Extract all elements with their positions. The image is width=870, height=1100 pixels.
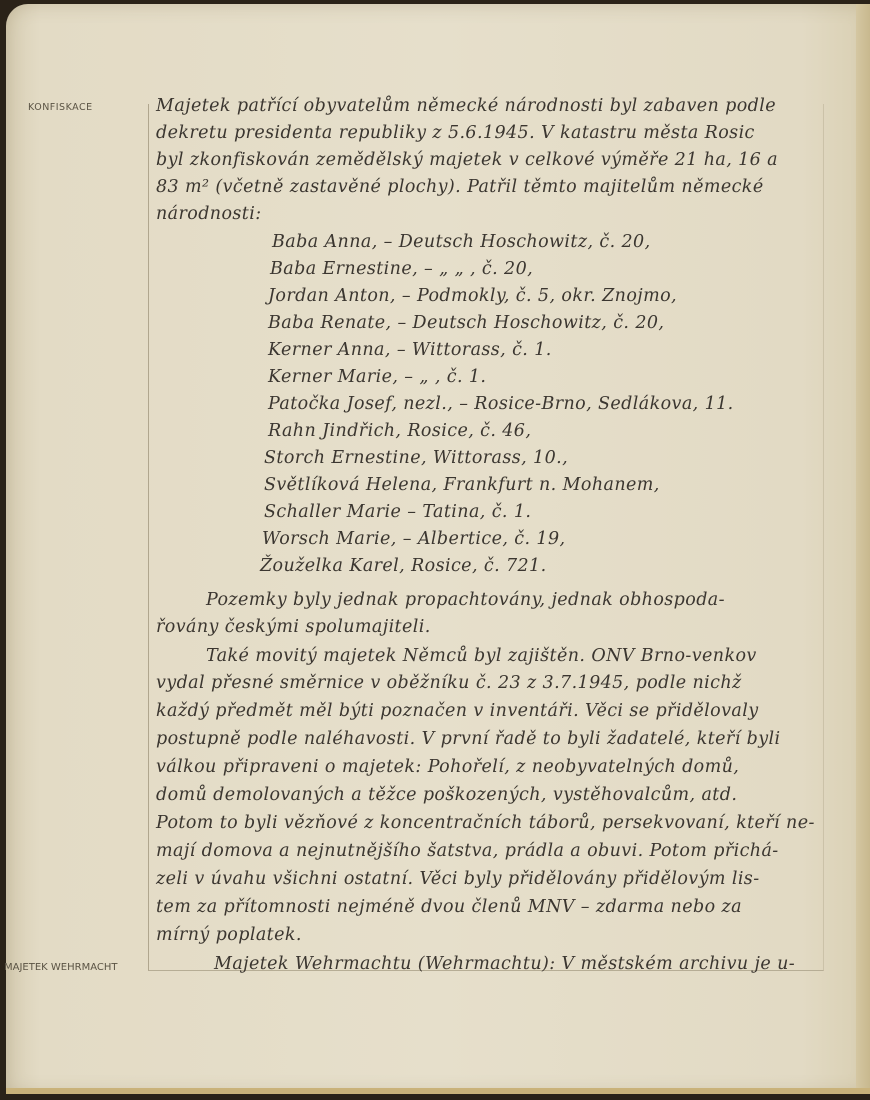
movable-line: mírný poplatek. [156, 925, 302, 945]
owner-entry: Baba Renate, – Deutsch Hoschowitz, č. 20… [268, 313, 664, 333]
owner-entry: Worsch Marie, – Albertice, č. 19, [262, 529, 565, 549]
movable-line: vydal přesné směrnice v oběžníku č. 23 z… [156, 673, 742, 693]
owner-entry: Rahn Jindřich, Rosice, č. 46, [268, 421, 531, 441]
intro-line: dekretu presidenta republiky z 5.6.1945.… [156, 123, 755, 143]
intro-line: byl zkonfiskován zemědělský majetek v ce… [156, 150, 778, 170]
intro-line: národnosti: [156, 204, 262, 224]
movable-line: Potom to byli vězňové z koncentračních t… [156, 813, 815, 833]
intro-line: 83 m² (včetně zastavěné plochy). Patřil … [156, 177, 764, 197]
owner-entry: Jordan Anton, – Podmokly, č. 5, okr. Zno… [268, 286, 677, 306]
land-line: Pozemky byly jednak propachtovány, jedna… [206, 590, 725, 610]
margin-label-wehrmacht: Majetek Wehrmacht [4, 962, 117, 973]
movable-line: každý předmět měl býti poznačen v invent… [156, 701, 759, 721]
owner-entry: Kerner Marie, – „ , č. 1. [268, 367, 486, 387]
page-edge-bottom [6, 1088, 870, 1094]
land-line: řovány českými spolumajiteli. [156, 617, 431, 637]
movable-line: tem za přítomnosti nejméně dvou členů MN… [156, 897, 742, 917]
owner-entry: Světlíková Helena, Frankfurt n. Mohanem, [264, 475, 660, 495]
movable-line: Také movitý majetek Němců byl zajištěn. … [206, 646, 757, 666]
owner-entry: Žouželka Karel, Rosice, č. 721. [260, 556, 547, 576]
owner-entry: Baba Anna, – Deutsch Hoschowitz, č. 20, [272, 232, 651, 252]
wehrmacht-line: Majetek Wehrmachtu (Wehrmachtu): V městs… [214, 954, 795, 974]
movable-line: mají domova a nejnutnějšího šatstva, prá… [156, 841, 779, 861]
margin-label-konfiskace: Konfiskace [28, 102, 93, 113]
owner-entry: Kerner Anna, – Wittorass, č. 1. [268, 340, 552, 360]
owner-entry: Schaller Marie – Tatina, č. 1. [264, 502, 531, 522]
movable-line: postupně podle naléhavosti. V první řadě… [156, 729, 781, 749]
owner-entry: Storch Ernestine, Wittorass, 10., [264, 448, 568, 468]
movable-line: domů demolovaných a těžce poškozených, v… [156, 785, 737, 805]
page-edge-right [856, 4, 870, 1094]
owner-entry: Patočka Josef, nezl., – Rosice-Brno, Sed… [268, 394, 734, 414]
movable-line: válkou připraveni o majetek: Pohořelí, z… [156, 757, 739, 777]
intro-line: Majetek patřící obyvatelům německé národ… [156, 96, 776, 116]
movable-line: zeli v úvahu všichni ostatní. Věci byly … [156, 869, 760, 889]
owner-entry: Baba Ernestine, – „ „ , č. 20, [270, 259, 533, 279]
